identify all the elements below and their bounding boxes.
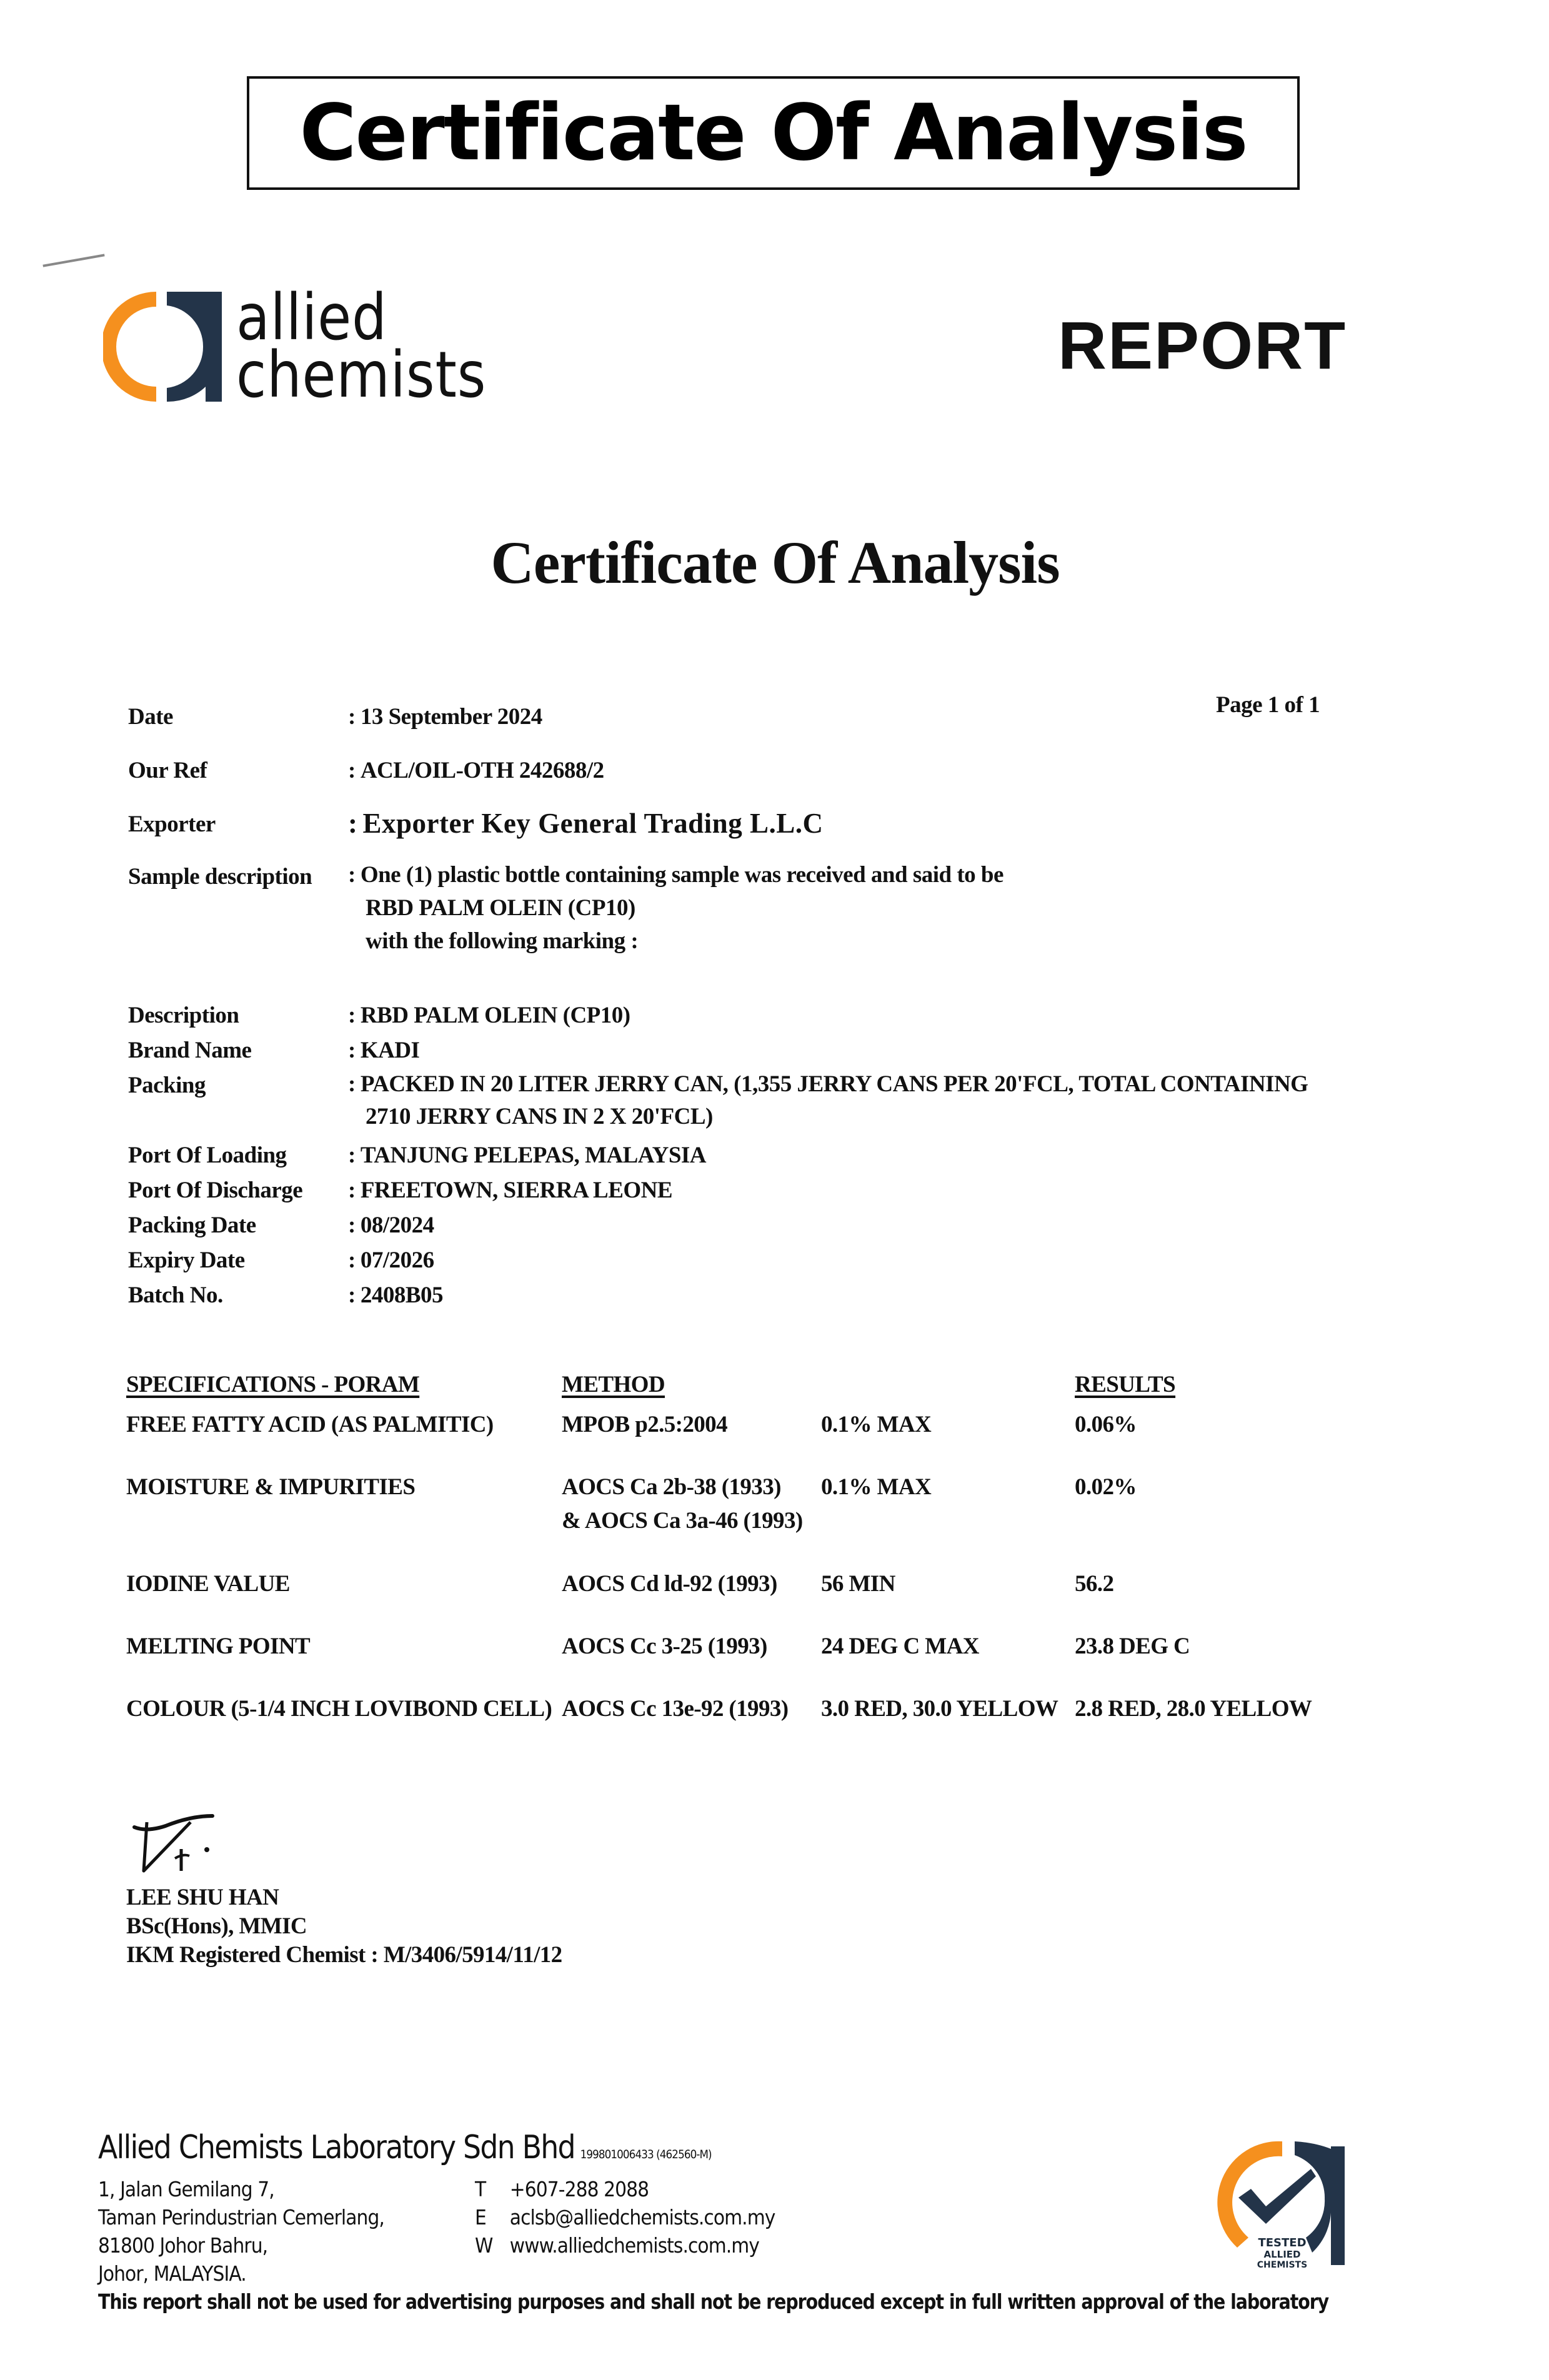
spec-parameter: IODINE VALUE [126, 1566, 290, 1602]
field-label: Date [128, 703, 348, 730]
contact-phone: T+607-288 2088 [475, 2175, 775, 2203]
field-label: Brand Name [128, 1037, 348, 1064]
spec-method: AOCS Ca 2b-38 (1933) [562, 1469, 781, 1505]
scan-mark [42, 254, 104, 267]
field-value: :FREETOWN, SIERRA LEONE [348, 1177, 672, 1204]
field-date: Date :13 September 2024 [128, 703, 542, 730]
spec-method: AOCS Cc 13e-92 (1993) [562, 1691, 788, 1727]
certificate-banner: Certificate Of Analysis [247, 76, 1300, 190]
field-description: Description :RBD PALM OLEIN (CP10) [128, 1002, 630, 1029]
signature-icon [128, 1808, 222, 1877]
lab-company-name: Allied Chemists Laboratory Sdn Bhd199801… [98, 2129, 712, 2166]
disclaimer: This report shall not be used for advert… [98, 2289, 1328, 2314]
field-label: Sample description [128, 863, 348, 958]
page-number: Page 1 of 1 [1216, 692, 1320, 718]
tested-allied-chemists-badge-icon: TESTED ALLIED CHEMISTS [1212, 2130, 1362, 2274]
allied-chemists-logo-icon [103, 284, 231, 409]
signatory-name: LEE SHU HAN [126, 1883, 562, 1912]
spec-result: 56.2 [1075, 1566, 1113, 1602]
address-line: Johor, MALAYSIA. [98, 2259, 384, 2288]
field-packing: Packing :PACKED IN 20 LITER JERRY CAN, (… [128, 1072, 1308, 1133]
logo-wordmark: allied chemists [236, 289, 486, 404]
report-label: REPORT [1058, 306, 1347, 384]
lab-address: 1, Jalan Gemilang 7, Taman Perindustrian… [98, 2175, 384, 2288]
contact-website[interactable]: Wwww.alliedchemists.com.my [475, 2231, 775, 2259]
field-label: Description [128, 1002, 348, 1029]
spec-limit: 3.0 RED, 30.0 YELLOW [821, 1691, 1058, 1727]
field-exporter: Exporter :Exporter Key General Trading L… [128, 807, 823, 840]
field-batch-no: Batch No. :2408B05 [128, 1282, 443, 1309]
field-value: :Exporter Key General Trading L.L.C [348, 807, 823, 840]
address-line: 81800 Johor Bahru, [98, 2231, 384, 2259]
field-sample-description: Sample description :One (1) plastic bott… [128, 863, 1004, 958]
address-line: Taman Perindustrian Cemerlang, [98, 2203, 384, 2231]
spec-result: 2.8 RED, 28.0 YELLOW [1075, 1691, 1312, 1727]
spec-method: AOCS Cd ld-92 (1993) [562, 1566, 777, 1602]
field-value: :08/2024 [348, 1212, 434, 1239]
contact-email[interactable]: Eaclsb@alliedchemists.com.my [475, 2203, 775, 2231]
address-line: 1, Jalan Gemilang 7, [98, 2175, 384, 2203]
field-label: Port Of Loading [128, 1142, 348, 1169]
lab-contacts: T+607-288 2088 Eaclsb@alliedchemists.com… [475, 2175, 775, 2259]
field-port-of-loading: Port Of Loading :TANJUNG PELEPAS, MALAYS… [128, 1142, 706, 1169]
company-name: Allied Chemists Laboratory Sdn Bhd [98, 2129, 575, 2166]
svg-text:CHEMISTS: CHEMISTS [1257, 2260, 1307, 2270]
field-value: :KADI [348, 1037, 419, 1064]
company-registration: 199801006433 (462560-M) [580, 2148, 712, 2161]
svg-text:TESTED: TESTED [1258, 2236, 1306, 2249]
logo-line-chemists: chemists [236, 347, 486, 404]
field-our-ref: Our Ref :ACL/OIL-OTH 242688/2 [128, 757, 604, 784]
field-port-of-discharge: Port Of Discharge :FREETOWN, SIERRA LEON… [128, 1177, 672, 1204]
field-label: Packing Date [128, 1212, 348, 1239]
signatory-qualification: BSc(Hons), MMIC [126, 1912, 562, 1941]
column-header-method: METHOD [562, 1371, 665, 1398]
field-value: :2408B05 [348, 1282, 443, 1309]
spec-parameter: MOISTURE & IMPURITIES [126, 1469, 415, 1505]
field-label: Packing [128, 1072, 348, 1133]
spec-parameter: MELTING POINT [126, 1629, 310, 1665]
field-expiry-date: Expiry Date :07/2026 [128, 1247, 434, 1274]
spec-limit: 56 MIN [821, 1566, 895, 1602]
spec-method: AOCS Cc 3-25 (1993) [562, 1629, 767, 1665]
signatory-registration: IKM Registered Chemist : M/3406/5914/11/… [126, 1941, 562, 1970]
spec-method-line2: & AOCS Ca 3a-46 (1993) [562, 1503, 803, 1539]
field-label: Port Of Discharge [128, 1177, 348, 1204]
field-label: Exporter [128, 807, 348, 840]
field-label: Batch No. [128, 1282, 348, 1309]
field-brand-name: Brand Name :KADI [128, 1037, 419, 1064]
field-label: Our Ref [128, 757, 348, 784]
signatory-block: LEE SHU HAN BSc(Hons), MMIC IKM Register… [126, 1883, 562, 1970]
spec-result: 23.8 DEG C [1075, 1629, 1190, 1665]
banner-title: Certificate Of Analysis [299, 88, 1247, 178]
spec-result: 0.02% [1075, 1469, 1137, 1505]
field-value: :RBD PALM OLEIN (CP10) [348, 1002, 630, 1029]
spec-method: MPOB p2.5:2004 [562, 1407, 727, 1443]
field-value: :PACKED IN 20 LITER JERRY CAN, (1,355 JE… [348, 1068, 1308, 1133]
spec-limit: 24 DEG C MAX [821, 1629, 979, 1665]
svg-text:ALLIED: ALLIED [1263, 2249, 1300, 2260]
field-packing-date: Packing Date :08/2024 [128, 1212, 434, 1239]
allied-chemists-logo: allied chemists [103, 284, 528, 409]
spec-result: 0.06% [1075, 1407, 1137, 1443]
document-title: Certificate Of Analysis [0, 528, 1549, 597]
column-header-results: RESULTS [1075, 1371, 1175, 1398]
spec-limit: 0.1% MAX [821, 1407, 931, 1443]
field-value: :ACL/OIL-OTH 242688/2 [348, 757, 604, 784]
field-value: :07/2026 [348, 1247, 434, 1274]
spec-parameter: FREE FATTY ACID (AS PALMITIC) [126, 1407, 494, 1443]
field-value: :TANJUNG PELEPAS, MALAYSIA [348, 1142, 706, 1169]
spec-parameter: COLOUR (5-1/4 INCH LOVIBOND CELL) [126, 1691, 552, 1727]
field-value: :One (1) plastic bottle containing sampl… [348, 858, 1004, 958]
column-header-specifications: SPECIFICATIONS - PORAM [126, 1371, 419, 1398]
spec-limit: 0.1% MAX [821, 1469, 931, 1505]
field-value: :13 September 2024 [348, 703, 542, 730]
field-label: Expiry Date [128, 1247, 348, 1274]
